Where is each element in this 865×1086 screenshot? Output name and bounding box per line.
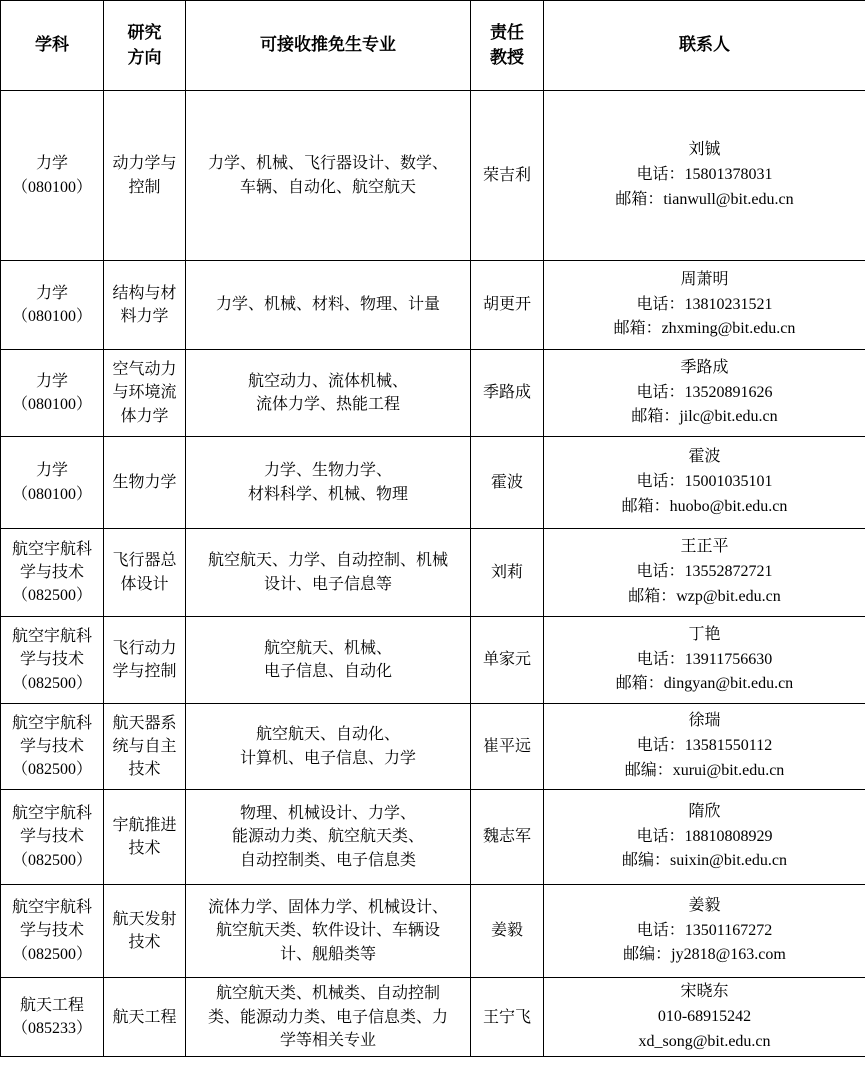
contact-phone: 电话：13810231521	[547, 293, 862, 318]
header-direction: 研究 方向	[104, 1, 186, 91]
professor-cell: 季路成	[471, 350, 544, 437]
contact-name: 姜毅	[547, 894, 862, 919]
contact-email: 邮编：xurui@bit.edu.cn	[547, 759, 862, 784]
table-body: 力学 （080100）动力学与 控制力学、机械、飞行器设计、数学、 车辆、自动化…	[1, 91, 865, 1057]
subject-cell: 力学 （080100）	[1, 91, 104, 261]
majors-cell: 力学、生物力学、 材料科学、机械、物理	[186, 437, 471, 529]
table-row: 航空宇航科 学与技术 （082500）宇航推进 技术物理、机械设计、力学、 能源…	[1, 790, 865, 885]
contact-email: 邮箱：zhxming@bit.edu.cn	[547, 317, 862, 342]
header-subject: 学科	[1, 1, 104, 91]
contact-name: 王正平	[547, 535, 862, 560]
majors-cell: 物理、机械设计、力学、 能源动力类、航空航天类、 自动控制类、电子信息类	[186, 790, 471, 885]
contact-phone: 010-68915242	[547, 1005, 862, 1030]
contact-email: 邮箱：jilc@bit.edu.cn	[547, 405, 862, 430]
contact-email: 邮箱：wzp@bit.edu.cn	[547, 585, 862, 610]
contact-phone: 电话：13552872721	[547, 560, 862, 585]
table-row: 航天工程 （085233）航天工程航空航天类、机械类、自动控制 类、能源动力类、…	[1, 978, 865, 1057]
contact-cell: 姜毅电话：13501167272邮编：jy2818@163.com	[544, 885, 865, 978]
contact-phone: 电话：15001035101	[547, 470, 862, 495]
contact-cell: 隋欣电话：18810808929邮编：suixin@bit.edu.cn	[544, 790, 865, 885]
contact-email: 邮编：suixin@bit.edu.cn	[547, 849, 862, 874]
professor-cell: 魏志军	[471, 790, 544, 885]
subject-cell: 航空宇航科 学与技术 （082500）	[1, 704, 104, 790]
contact-phone: 电话：15801378031	[547, 163, 862, 188]
header-majors: 可接收推免生专业	[186, 1, 471, 91]
table-row: 力学 （080100）动力学与 控制力学、机械、飞行器设计、数学、 车辆、自动化…	[1, 91, 865, 261]
contact-name: 丁艳	[547, 623, 862, 648]
majors-cell: 流体力学、固体力学、机械设计、 航空航天类、软件设计、车辆设 计、舰船类等	[186, 885, 471, 978]
subject-cell: 航空宇航科 学与技术 （082500）	[1, 790, 104, 885]
subject-cell: 航空宇航科 学与技术 （082500）	[1, 529, 104, 617]
direction-cell: 航天器系 统与自主 技术	[104, 704, 186, 790]
majors-cell: 力学、机械、材料、物理、计量	[186, 261, 471, 350]
table-row: 力学 （080100）空气动力 与环境流 体力学航空动力、流体机械、 流体力学、…	[1, 350, 865, 437]
professor-cell: 霍波	[471, 437, 544, 529]
contact-email: 邮箱：huobo@bit.edu.cn	[547, 495, 862, 520]
direction-cell: 生物力学	[104, 437, 186, 529]
direction-cell: 空气动力 与环境流 体力学	[104, 350, 186, 437]
contact-cell: 刘铖电话：15801378031邮箱：tianwull@bit.edu.cn	[544, 91, 865, 261]
direction-cell: 飞行动力 学与控制	[104, 617, 186, 704]
contact-email: 邮编：jy2818@163.com	[547, 943, 862, 968]
contact-cell: 周萧明电话：13810231521邮箱：zhxming@bit.edu.cn	[544, 261, 865, 350]
subject-cell: 航空宇航科 学与技术 （082500）	[1, 617, 104, 704]
subject-cell: 航空宇航科 学与技术 （082500）	[1, 885, 104, 978]
contact-name: 刘铖	[547, 138, 862, 163]
subject-cell: 力学 （080100）	[1, 437, 104, 529]
table-row: 航空宇航科 学与技术 （082500）航天发射 技术流体力学、固体力学、机械设计…	[1, 885, 865, 978]
direction-cell: 飞行器总 体设计	[104, 529, 186, 617]
contact-phone: 电话：13581550112	[547, 734, 862, 759]
table-row: 航空宇航科 学与技术 （082500）飞行动力 学与控制航空航天、机械、 电子信…	[1, 617, 865, 704]
contact-name: 隋欣	[547, 800, 862, 825]
contact-name: 季路成	[547, 356, 862, 381]
majors-cell: 航空航天、机械、 电子信息、自动化	[186, 617, 471, 704]
contact-cell: 宋晓东010-68915242xd_song@bit.edu.cn	[544, 978, 865, 1057]
table-row: 航空宇航科 学与技术 （082500）飞行器总 体设计航空航天、力学、自动控制、…	[1, 529, 865, 617]
contact-name: 徐瑞	[547, 709, 862, 734]
contact-name: 宋晓东	[547, 980, 862, 1005]
contact-phone: 电话：13501167272	[547, 919, 862, 944]
direction-cell: 航天发射 技术	[104, 885, 186, 978]
table-row: 力学 （080100）生物力学力学、生物力学、 材料科学、机械、物理霍波霍波电话…	[1, 437, 865, 529]
subject-cell: 航天工程 （085233）	[1, 978, 104, 1057]
contact-name: 霍波	[547, 445, 862, 470]
contact-cell: 霍波电话：15001035101邮箱：huobo@bit.edu.cn	[544, 437, 865, 529]
contact-phone: 电话：13911756630	[547, 648, 862, 673]
contact-email: xd_song@bit.edu.cn	[547, 1030, 862, 1055]
direction-cell: 动力学与 控制	[104, 91, 186, 261]
professor-cell: 王宁飞	[471, 978, 544, 1057]
direction-cell: 宇航推进 技术	[104, 790, 186, 885]
majors-cell: 航空动力、流体机械、 流体力学、热能工程	[186, 350, 471, 437]
header-row: 学科研究 方向可接收推免生专业责任 教授联系人	[1, 1, 865, 91]
contact-name: 周萧明	[547, 268, 862, 293]
table-row: 力学 （080100）结构与材 料力学力学、机械、材料、物理、计量胡更开周萧明电…	[1, 261, 865, 350]
professor-cell: 胡更开	[471, 261, 544, 350]
contact-cell: 徐瑞电话：13581550112邮编：xurui@bit.edu.cn	[544, 704, 865, 790]
subject-cell: 力学 （080100）	[1, 261, 104, 350]
professor-cell: 姜毅	[471, 885, 544, 978]
header-professor: 责任 教授	[471, 1, 544, 91]
professor-cell: 崔平远	[471, 704, 544, 790]
contact-email: 邮箱：dingyan@bit.edu.cn	[547, 672, 862, 697]
professor-cell: 单家元	[471, 617, 544, 704]
contact-phone: 电话：13520891626	[547, 381, 862, 406]
subject-cell: 力学 （080100）	[1, 350, 104, 437]
professor-cell: 刘莉	[471, 529, 544, 617]
direction-cell: 结构与材 料力学	[104, 261, 186, 350]
contact-cell: 季路成电话：13520891626邮箱：jilc@bit.edu.cn	[544, 350, 865, 437]
contact-cell: 王正平电话：13552872721邮箱：wzp@bit.edu.cn	[544, 529, 865, 617]
contact-phone: 电话：18810808929	[547, 825, 862, 850]
table-row: 航空宇航科 学与技术 （082500）航天器系 统与自主 技术航空航天、自动化、…	[1, 704, 865, 790]
majors-cell: 力学、机械、飞行器设计、数学、 车辆、自动化、航空航天	[186, 91, 471, 261]
direction-cell: 航天工程	[104, 978, 186, 1057]
contact-cell: 丁艳电话：13911756630邮箱：dingyan@bit.edu.cn	[544, 617, 865, 704]
professor-cell: 荣吉利	[471, 91, 544, 261]
majors-cell: 航空航天、力学、自动控制、机械 设计、电子信息等	[186, 529, 471, 617]
header-contact: 联系人	[544, 1, 865, 91]
majors-cell: 航空航天类、机械类、自动控制 类、能源动力类、电子信息类、力 学等相关专业	[186, 978, 471, 1057]
admissions-table: 学科研究 方向可接收推免生专业责任 教授联系人 力学 （080100）动力学与 …	[0, 0, 865, 1057]
majors-cell: 航空航天、自动化、 计算机、电子信息、力学	[186, 704, 471, 790]
contact-email: 邮箱：tianwull@bit.edu.cn	[547, 188, 862, 213]
document-page: 学科研究 方向可接收推免生专业责任 教授联系人 力学 （080100）动力学与 …	[0, 0, 865, 1086]
